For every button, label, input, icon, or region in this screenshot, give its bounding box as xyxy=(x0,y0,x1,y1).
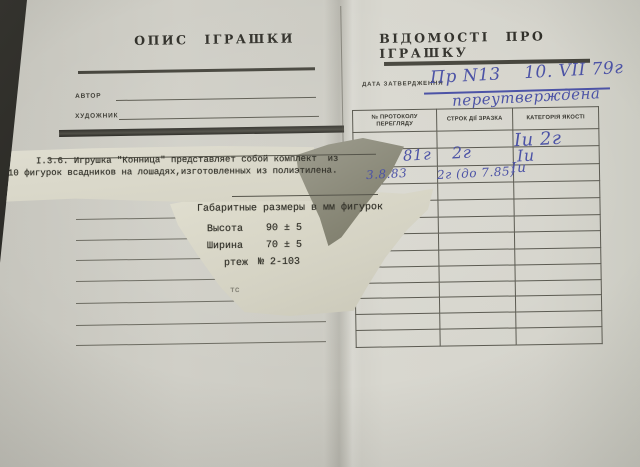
handwritten-protocol-row3: 3.8.83 xyxy=(366,166,408,182)
header-category: КАТЕГОРІЯ ЯКОСТІ xyxy=(512,107,598,130)
header-term: СТРОК ДІЇ ЗРАЗКА xyxy=(436,108,512,131)
handwritten-category-row3: Iи xyxy=(511,160,527,177)
table-row xyxy=(356,327,602,348)
dimensions-heading: Габаритные размеры в мм фигурок xyxy=(197,202,383,215)
author-blank-line xyxy=(116,97,316,101)
scanned-document-photo: ОПИС ІГРАШКИ АВТОР ХУДОЖНИК ВІДОМОСТІ ПР… xyxy=(0,0,640,467)
artist-blank-line xyxy=(119,116,319,120)
author-label: АВТОР xyxy=(75,93,101,100)
ruled-line xyxy=(76,341,326,346)
ruled-line xyxy=(76,321,326,326)
header-protocol: № ПРОТОКОЛУ ПЕРЕГЛЯДУ xyxy=(353,109,437,132)
handwritten-term-row2: 2г xyxy=(452,143,472,163)
handwritten-protocol-row2: 81г xyxy=(403,145,432,164)
width-value: 70 ± 5 xyxy=(266,240,302,251)
left-page-title: ОПИС ІГРАШКИ xyxy=(134,30,295,48)
artist-label: ХУДОЖНИК xyxy=(75,112,118,120)
height-value: 90 ± 5 xyxy=(266,223,302,234)
thick-divider-band xyxy=(59,126,344,137)
width-label: Ширина xyxy=(207,241,243,252)
drawing-number-value: № 2-103 xyxy=(258,257,300,268)
right-page-title: ВІДОМОСТІ ПРО ІГРАШКУ xyxy=(379,27,640,61)
document-paper: ОПИС ІГРАШКИ АВТОР ХУДОЖНИК ВІДОМОСТІ ПР… xyxy=(0,0,640,467)
drawing-number-label: ртеж xyxy=(224,258,248,269)
left-header-rule xyxy=(78,67,315,74)
torn-text-fragment: тс xyxy=(230,286,240,295)
height-label: Высота xyxy=(207,224,243,235)
